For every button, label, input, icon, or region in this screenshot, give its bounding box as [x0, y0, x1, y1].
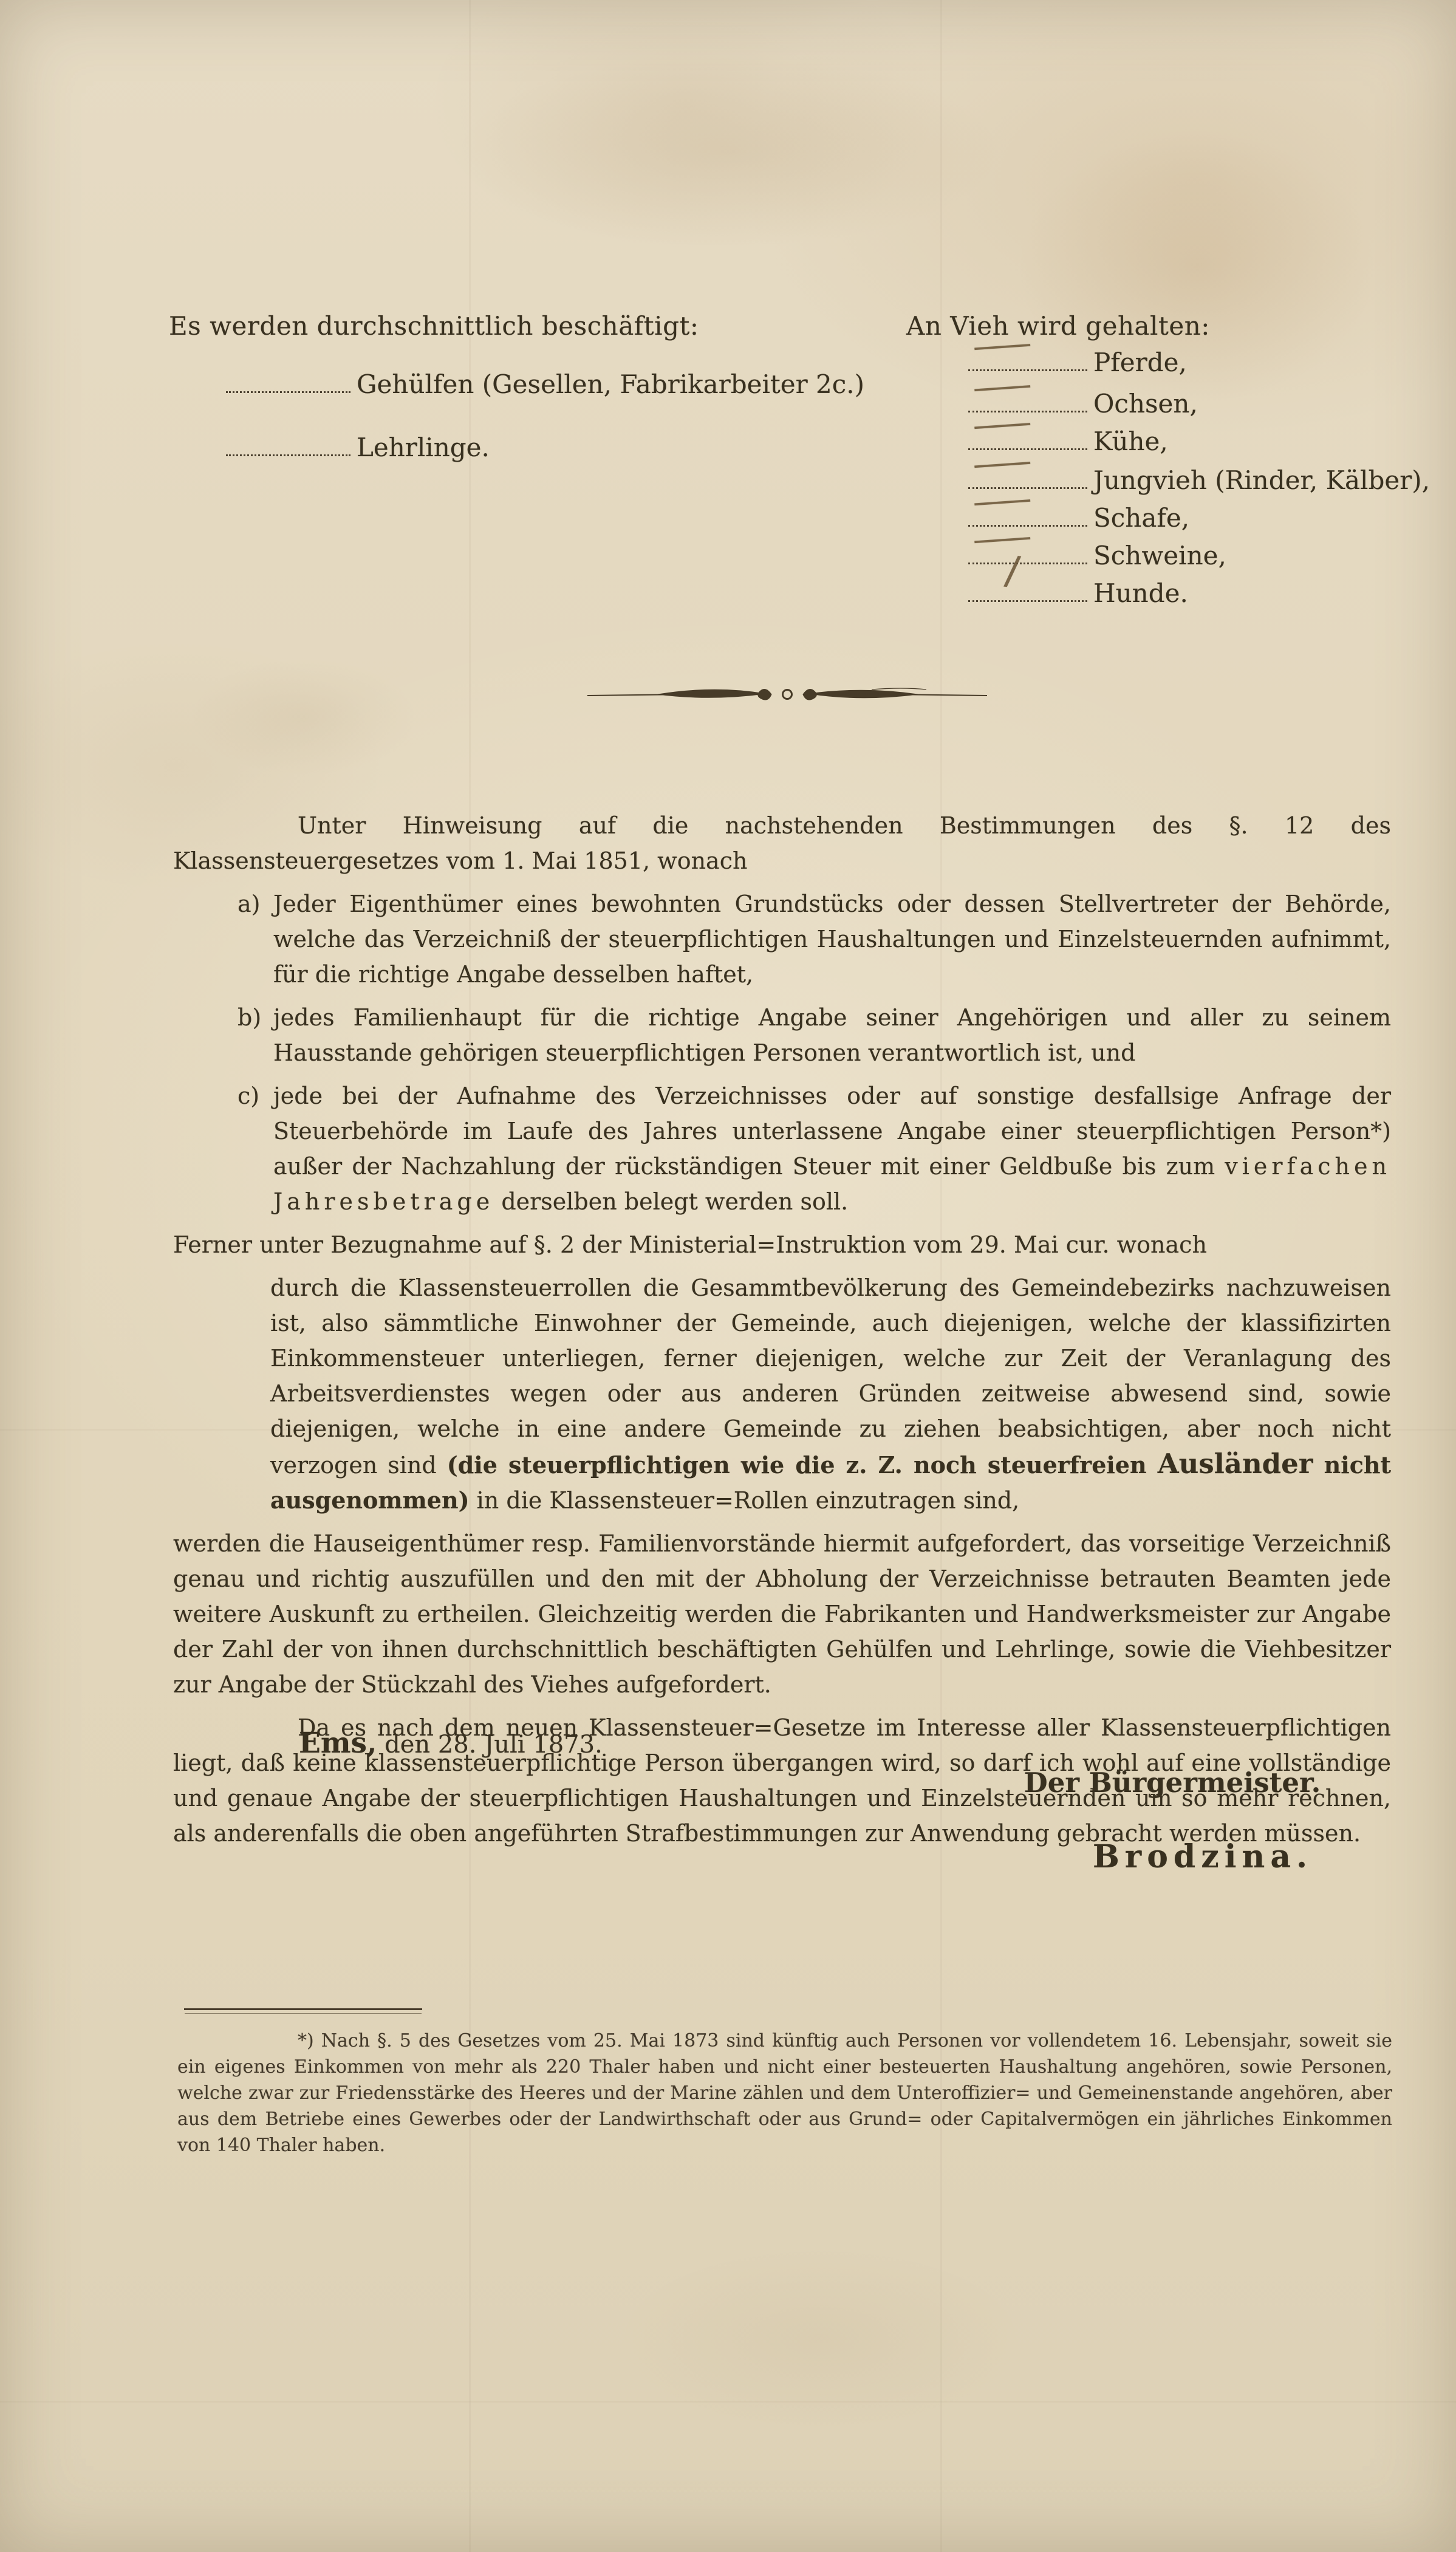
fill-in-blank	[226, 390, 350, 393]
clause-b-label: b)	[238, 1000, 261, 1035]
notice-body: Unter Hinweisung auf die nachstehenden B…	[173, 808, 1391, 1859]
aufforderung-paragraph: werden die Hauseigenthümer resp. Familie…	[173, 1526, 1391, 1702]
footnote-text: *) Nach §. 5 des Gesetzes vom 25. Mai 18…	[177, 2028, 1392, 2158]
fill-in-row-gehuelfen: Gehülfen (Gesellen, Fabrikarbeiter 2c.)	[226, 369, 864, 399]
handwritten-dash-mark: —	[971, 405, 1034, 443]
fill-in-label: Hunde.	[1093, 578, 1188, 608]
paper-stain	[152, 638, 456, 796]
scanned-document-page: Es werden durchschnittlich beschäftigt: …	[0, 0, 1456, 2552]
clause-b-text: jedes Familienhaupt für die richtige Ang…	[273, 1004, 1391, 1066]
fill-in-label: Kühe,	[1093, 426, 1168, 456]
handwritten-slash-mark: /	[1003, 553, 1021, 589]
employment-section-heading: Es werden durchschnittlich beschäftigt:	[169, 311, 699, 341]
dateline-date: den 28. Juli 1873.	[377, 1731, 602, 1759]
fill-in-blank: /	[968, 599, 1087, 602]
clause-c: c) jede bei der Aufnahme des Verzeichnis…	[173, 1078, 1391, 1219]
ornamental-divider	[586, 682, 988, 708]
handwritten-dash-mark: —	[971, 482, 1034, 520]
fill-in-row-jungvieh: —Jungvieh (Rinder, Kälber),	[968, 465, 1430, 495]
fold-crease	[0, 2401, 1456, 2403]
fill-in-label: Gehülfen (Gesellen, Fabrikarbeiter 2c.)	[357, 369, 864, 399]
handwritten-dash-mark: —	[971, 326, 1034, 364]
clause-c-text: jede bei der Aufnahme des Verzeichnisses…	[273, 1083, 1391, 1180]
fill-in-row-hunde: /Hunde.	[968, 578, 1188, 608]
fill-in-label: Schafe,	[1093, 503, 1189, 533]
fill-in-blank	[226, 453, 350, 456]
livestock-section-heading: An Vieh wird gehalten:	[906, 311, 1210, 341]
dateline: Ems, den 28. Juli 1873.	[299, 1726, 603, 1760]
handwritten-dash-mark: —	[971, 519, 1034, 558]
signature-title: Der Bürgermeister.	[1020, 1767, 1324, 1799]
inset-text-end: in die Klassensteuer=Rollen einzutragen …	[470, 1487, 1020, 1514]
bleedthrough-stain	[364, 24, 1093, 279]
fill-in-label: Jungvieh (Rinder, Kälber),	[1093, 465, 1430, 495]
clause-a-text: Jeder Eigenthümer eines bewohnten Grunds…	[273, 891, 1391, 988]
fill-in-label: Lehrlinge.	[357, 433, 490, 462]
clause-b: b) jedes Familienhaupt für die richtige …	[173, 1000, 1391, 1070]
dateline-place: Ems,	[299, 1726, 377, 1760]
signature-name: Brodzina.	[1027, 1838, 1379, 1875]
handwritten-dash-mark: —	[971, 444, 1034, 482]
clause-c-label: c)	[238, 1078, 259, 1114]
fill-in-row-lehrlinge: Lehrlinge.	[226, 433, 490, 462]
handwritten-dash-mark: —	[971, 368, 1034, 406]
intro-paragraph: Unter Hinweisung auf die nachstehenden B…	[173, 808, 1391, 878]
fill-in-blank: —	[968, 561, 1087, 564]
clause-a: a) Jeder Eigenthümer eines bewohnten Gru…	[173, 886, 1391, 992]
fill-in-label: Pferde,	[1093, 347, 1187, 377]
paper-stain	[547, 2217, 1093, 2460]
clause-c-text-end: derselben belegt werden soll.	[494, 1188, 848, 1215]
ferner-paragraph: Ferner unter Bezugnahme auf §. 2 der Min…	[173, 1227, 1391, 1262]
footnote-separator-rule	[184, 2008, 422, 2010]
inset-provision: durch die Klassensteuerrollen die Gesamm…	[270, 1270, 1391, 1518]
inset-bold: (die steuerpflichtigen wie die z. Z. noc…	[447, 1451, 1158, 1479]
fill-in-label: Ochsen,	[1093, 389, 1198, 419]
fill-in-label: Schweine,	[1093, 541, 1226, 570]
clause-a-label: a)	[238, 886, 260, 922]
inset-bold-auslaender: Ausländer	[1158, 1448, 1313, 1480]
